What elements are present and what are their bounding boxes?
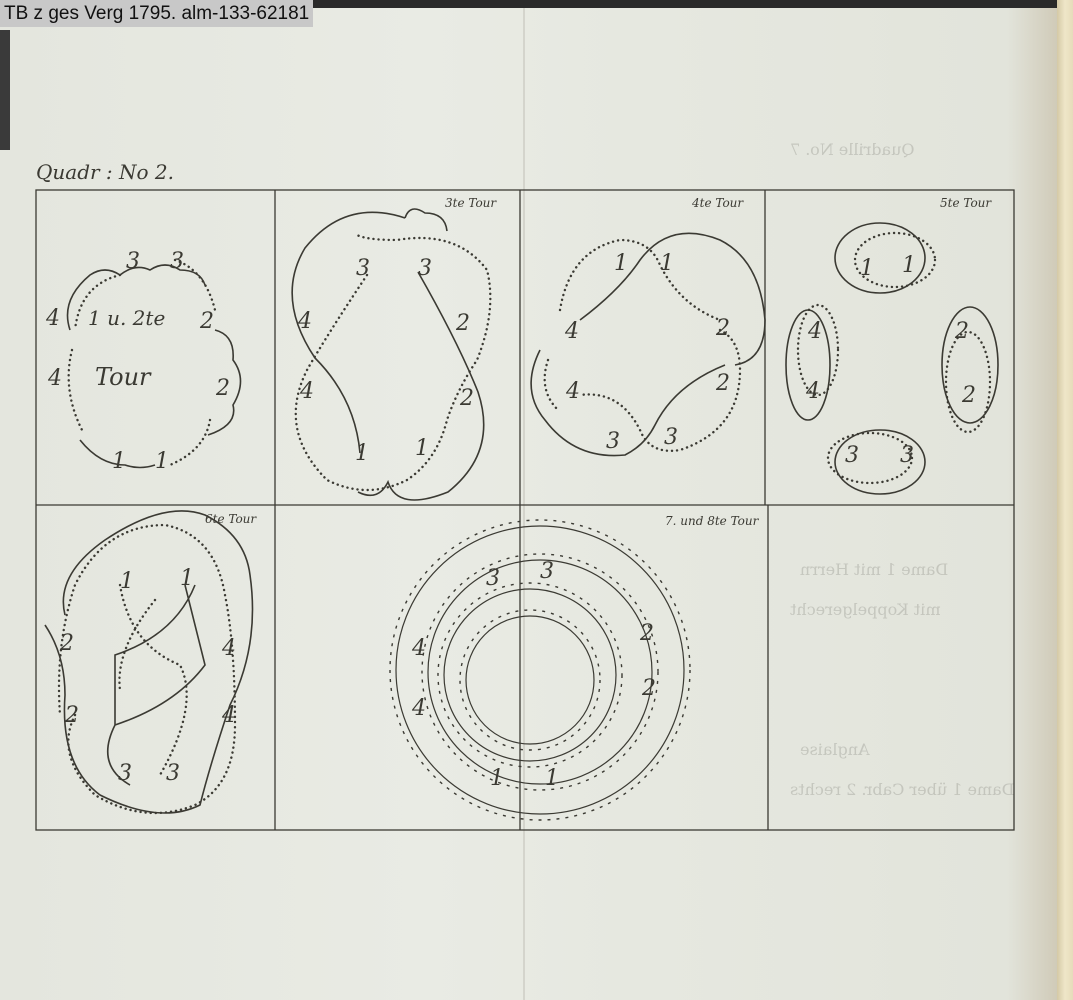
dancer-label: 1 <box>112 449 126 474</box>
tour-caption: Tour <box>95 363 152 391</box>
dancer-label: 4 <box>805 379 820 404</box>
dancer-label: 1 <box>180 566 194 591</box>
dancer-label: 2 <box>954 319 969 344</box>
dancer-label: 4 <box>45 306 60 331</box>
tour-caption: 3te Tour <box>445 196 497 210</box>
dancer-label: 2 <box>64 703 79 728</box>
dancer-label: 3 <box>170 249 184 274</box>
tour-caption: 7. und 8te Tour <box>665 514 760 528</box>
dancer-label: 3 <box>356 256 370 281</box>
dancer-label: 3 <box>486 566 500 591</box>
dancer-label: 1 <box>120 569 134 594</box>
tour-caption: 4te Tour <box>691 196 744 210</box>
dancer-label: 4 <box>221 636 236 661</box>
dancer-label: 1 <box>415 436 429 461</box>
dancer-label: 3 <box>540 559 554 584</box>
dancer-label: 2 <box>715 371 730 396</box>
plate-grid <box>36 190 1014 830</box>
dancer-label: 2 <box>199 309 214 334</box>
dancer-label: 2 <box>641 676 656 701</box>
dancer-label: 2 <box>215 376 230 401</box>
panel-tour-1-2: 3 3 4 2 4 2 1 1 1 u. 2te Tour <box>45 249 241 474</box>
dancer-label: 4 <box>297 309 312 334</box>
dancer-label: 1 <box>545 766 559 791</box>
dancer-label: 3 <box>118 761 132 786</box>
panel-tour-3: 3te Tour 3 3 4 2 4 2 1 1 <box>292 196 497 500</box>
panel-tour-7-8: 7. und 8te Tour 3 3 4 2 4 2 1 1 <box>390 514 760 820</box>
dancer-label: 2 <box>455 311 470 336</box>
dancer-label: 1 <box>490 766 504 791</box>
dancer-label: 3 <box>166 761 180 786</box>
dancer-label: 3 <box>664 425 678 450</box>
dancer-label: 4 <box>299 379 314 404</box>
tour-caption: 1 u. 2te <box>88 306 165 330</box>
dancer-label: 3 <box>418 256 432 281</box>
dancer-label: 3 <box>845 443 859 468</box>
dance-figure-plate: 3 3 4 2 4 2 1 1 1 u. 2te Tour 3te Tour 3… <box>0 0 1073 1000</box>
dancer-label: 1 <box>860 256 874 281</box>
panel-tour-6: 6te Tour 1 1 2 4 2 4 3 3 <box>45 511 257 813</box>
dancer-label: 4 <box>411 636 426 661</box>
dancer-label: 1 <box>902 253 916 278</box>
dancer-label: 2 <box>59 631 74 656</box>
dancer-label: 4 <box>47 366 62 391</box>
dancer-label: 1 <box>355 441 369 466</box>
dancer-label: 1 <box>614 251 628 276</box>
dancer-label: 3 <box>126 249 140 274</box>
dancer-label: 2 <box>715 316 730 341</box>
dancer-label: 2 <box>961 383 976 408</box>
dancer-label: 4 <box>411 696 426 721</box>
panel-tour-4: 4te Tour 1 1 4 2 4 2 3 3 <box>531 196 765 456</box>
dancer-label: 4 <box>564 319 579 344</box>
dancer-label: 4 <box>807 319 822 344</box>
dancer-label: 3 <box>606 429 620 454</box>
tour-caption: 5te Tour <box>940 196 992 210</box>
dancer-label: 4 <box>221 703 236 728</box>
dancer-label: 1 <box>660 251 674 276</box>
dancer-label: 2 <box>639 621 654 646</box>
dancer-label: 2 <box>459 386 474 411</box>
dancer-label: 4 <box>565 379 580 404</box>
dancer-label: 3 <box>900 443 914 468</box>
panel-tour-5: 5te Tour 1 1 4 4 2 2 3 3 <box>786 196 998 494</box>
dancer-label: 1 <box>155 449 169 474</box>
